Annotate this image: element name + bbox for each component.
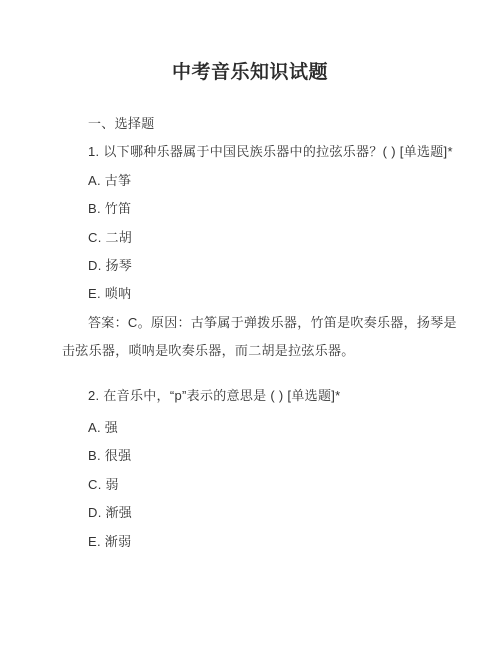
question-1-text: 1. 以下哪种乐器属于中国民族乐器中的拉弦乐器？( ) [单选题]* bbox=[62, 138, 464, 166]
question-2-option-e: E. 渐弱 bbox=[62, 528, 464, 556]
document-body: 一、选择题 1. 以下哪种乐器属于中国民族乐器中的拉弦乐器？( ) [单选题]*… bbox=[0, 88, 500, 556]
question-2-option-a: A. 强 bbox=[62, 414, 464, 442]
question-1-option-a: A. 古筝 bbox=[62, 167, 464, 195]
section-heading: 一、选择题 bbox=[62, 110, 464, 138]
question-1-option-e: E. 唢呐 bbox=[62, 280, 464, 308]
question-2-option-c: C. 弱 bbox=[62, 471, 464, 499]
page-title: 中考音乐知识试题 bbox=[0, 0, 500, 88]
question-1-answer: 答案：C。原因：古筝属于弹拨乐器，竹笛是吹奏乐器，扬琴是击弦乐器，唢呐是吹奏乐器… bbox=[62, 309, 464, 366]
question-2-text: 2. 在音乐中，“p”表示的意思是 ( ) [单选题]* bbox=[62, 382, 464, 410]
question-1-option-c: C. 二胡 bbox=[62, 224, 464, 252]
question-2-option-d: D. 渐强 bbox=[62, 499, 464, 527]
question-separator bbox=[62, 366, 464, 382]
document-page: 中考音乐知识试题 一、选择题 1. 以下哪种乐器属于中国民族乐器中的拉弦乐器？(… bbox=[0, 0, 500, 647]
question-1-option-b: B. 竹笛 bbox=[62, 195, 464, 223]
question-1-option-d: D. 扬琴 bbox=[62, 252, 464, 280]
question-2-option-b: B. 很强 bbox=[62, 442, 464, 470]
